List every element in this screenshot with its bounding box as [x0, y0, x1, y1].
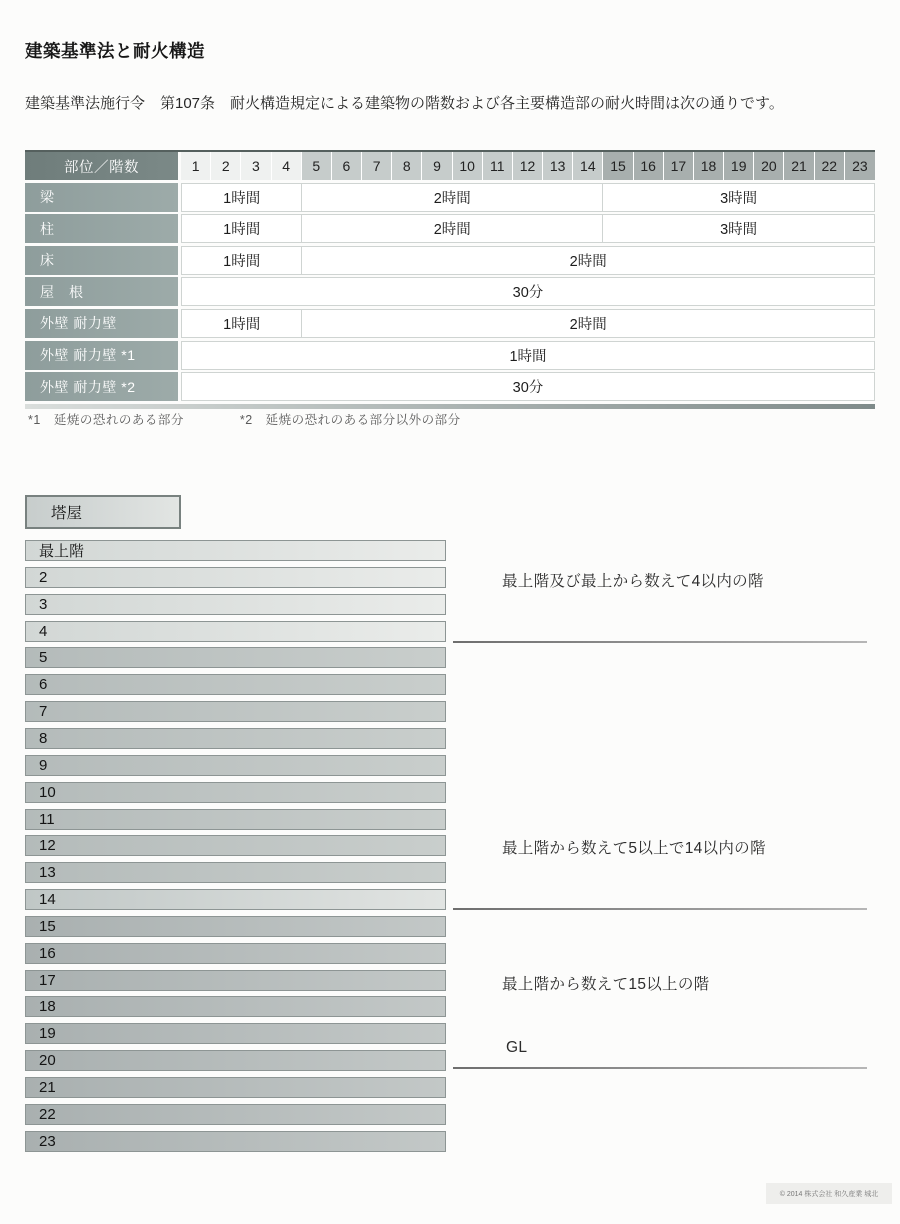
floor-header-7: 7 — [362, 152, 392, 180]
floor-bar-23: 23 — [25, 1131, 446, 1152]
row-label: 外壁 耐力壁 — [25, 309, 178, 338]
intro-paragraph: 建築基準法施行令 第107条 耐火構造規定による建築物の階数および各主要構造部の… — [25, 89, 883, 118]
duration-cell: 2時間 — [302, 215, 603, 242]
duration-cell: 2時間 — [302, 184, 603, 211]
table-row: 外壁 耐力壁 *11時間 — [25, 341, 875, 370]
floor-bar-6: 6 — [25, 674, 446, 695]
floor-bar-10: 10 — [25, 782, 446, 803]
floor-header-14: 14 — [573, 152, 603, 180]
penthouse-box: 塔屋 — [25, 495, 181, 529]
fire-resistance-table: 部位／階数 1234567891011121314151617181920212… — [25, 150, 875, 409]
floor-header-3: 3 — [241, 152, 271, 180]
duration-cell: 3時間 — [603, 215, 874, 242]
floor-bar-9: 9 — [25, 755, 446, 776]
annotation-low-floors: 最上階から数えて15以上の階 — [502, 972, 709, 994]
footnote: *1 延焼の恐れのある部分 — [28, 410, 184, 428]
floor-header-2: 2 — [211, 152, 241, 180]
table-row: 梁1時間2時間3時間 — [25, 183, 875, 212]
floor-diagram: 塔屋 最上階2345678910111213141516171819202122… — [25, 490, 885, 1180]
floor-header-8: 8 — [392, 152, 422, 180]
duration-cell: 1時間 — [182, 184, 302, 211]
floor-bar-8: 8 — [25, 728, 446, 749]
floor-bar-13: 13 — [25, 862, 446, 883]
floor-header-1: 1 — [181, 152, 211, 180]
duration-cell: 30分 — [182, 278, 874, 305]
floor-header-21: 21 — [784, 152, 814, 180]
floor-header-16: 16 — [634, 152, 664, 180]
table-footnotes: *1 延焼の恐れのある部分*2 延焼の恐れのある部分以外の部分 — [28, 410, 461, 428]
row-cells: 1時間2時間3時間 — [181, 214, 875, 243]
table-corner-label: 部位／階数 — [25, 152, 178, 180]
floor-bar-21: 21 — [25, 1077, 446, 1098]
floor-bar-14: 14 — [25, 889, 446, 910]
table-row: 床1時間2時間 — [25, 246, 875, 275]
row-cells: 1時間2時間3時間 — [181, 183, 875, 212]
row-label: 屋 根 — [25, 277, 178, 306]
row-cells: 1時間2時間 — [181, 309, 875, 338]
floor-header-6: 6 — [332, 152, 362, 180]
floor-header-10: 10 — [453, 152, 483, 180]
table-header-floors: 1234567891011121314151617181920212223 — [181, 152, 875, 180]
footnote: *2 延焼の恐れのある部分以外の部分 — [240, 410, 461, 428]
duration-cell: 30分 — [182, 373, 874, 400]
row-label: 梁 — [25, 183, 178, 212]
floor-bar-4: 4 — [25, 621, 446, 642]
floor-bar-5: 5 — [25, 647, 446, 668]
ground-line — [453, 1067, 867, 1069]
floor-bar-18: 18 — [25, 996, 446, 1017]
table-row: 外壁 耐力壁1時間2時間 — [25, 309, 875, 338]
floor-bar-16: 16 — [25, 943, 446, 964]
table-row: 柱1時間2時間3時間 — [25, 214, 875, 243]
table-header-row: 部位／階数 1234567891011121314151617181920212… — [25, 152, 875, 180]
table-bottom-shadow — [25, 404, 875, 409]
floor-bar-最上階: 最上階 — [25, 540, 446, 561]
floor-header-23: 23 — [845, 152, 875, 180]
duration-cell: 1時間 — [182, 342, 874, 369]
floor-bar-2: 2 — [25, 567, 446, 588]
floor-bar-17: 17 — [25, 970, 446, 991]
floor-header-5: 5 — [302, 152, 332, 180]
table-row: 外壁 耐力壁 *230分 — [25, 372, 875, 401]
duration-cell: 3時間 — [603, 184, 874, 211]
floor-header-13: 13 — [543, 152, 573, 180]
duration-cell: 1時間 — [182, 215, 302, 242]
row-cells: 1時間 — [181, 341, 875, 370]
floor-header-17: 17 — [664, 152, 694, 180]
duration-cell: 2時間 — [302, 310, 874, 337]
duration-cell: 1時間 — [182, 247, 302, 274]
floor-bar-22: 22 — [25, 1104, 446, 1125]
floor-bar-7: 7 — [25, 701, 446, 722]
annotation-mid-floors: 最上階から数えて5以上で14以内の階 — [502, 836, 766, 858]
floor-bar-11: 11 — [25, 809, 446, 830]
floor-bar-19: 19 — [25, 1023, 446, 1044]
floor-header-4: 4 — [272, 152, 302, 180]
row-cells: 1時間2時間 — [181, 246, 875, 275]
page-title: 建築基準法と耐火構造 — [25, 38, 205, 63]
floor-header-22: 22 — [815, 152, 845, 180]
floor-header-19: 19 — [724, 152, 754, 180]
row-cells: 30分 — [181, 277, 875, 306]
floor-header-20: 20 — [754, 152, 784, 180]
floor-header-9: 9 — [422, 152, 452, 180]
ground-level-label: GL — [506, 1039, 527, 1057]
divider-line-1 — [453, 641, 867, 643]
floor-bar-15: 15 — [25, 916, 446, 937]
floor-bar-12: 12 — [25, 835, 446, 856]
floor-header-11: 11 — [483, 152, 513, 180]
copyright-note: © 2014 株式会社 和久産業 城北 — [766, 1183, 892, 1204]
floor-header-18: 18 — [694, 152, 724, 180]
row-label: 床 — [25, 246, 178, 275]
annotation-top-floors: 最上階及び最上から数えて4以内の階 — [502, 569, 764, 591]
floor-header-12: 12 — [513, 152, 543, 180]
row-label: 外壁 耐力壁 *1 — [25, 341, 178, 370]
floor-bar-20: 20 — [25, 1050, 446, 1071]
floor-bar-3: 3 — [25, 594, 446, 615]
table-row: 屋 根30分 — [25, 277, 875, 306]
document-page: 建築基準法と耐火構造 建築基準法施行令 第107条 耐火構造規定による建築物の階… — [0, 0, 900, 1224]
duration-cell: 2時間 — [302, 247, 874, 274]
divider-line-2 — [453, 908, 867, 910]
row-cells: 30分 — [181, 372, 875, 401]
row-label: 柱 — [25, 214, 178, 243]
floor-header-15: 15 — [603, 152, 633, 180]
duration-cell: 1時間 — [182, 310, 302, 337]
row-label: 外壁 耐力壁 *2 — [25, 372, 178, 401]
table-body: 梁1時間2時間3時間柱1時間2時間3時間床1時間2時間屋 根30分外壁 耐力壁1… — [25, 183, 875, 402]
